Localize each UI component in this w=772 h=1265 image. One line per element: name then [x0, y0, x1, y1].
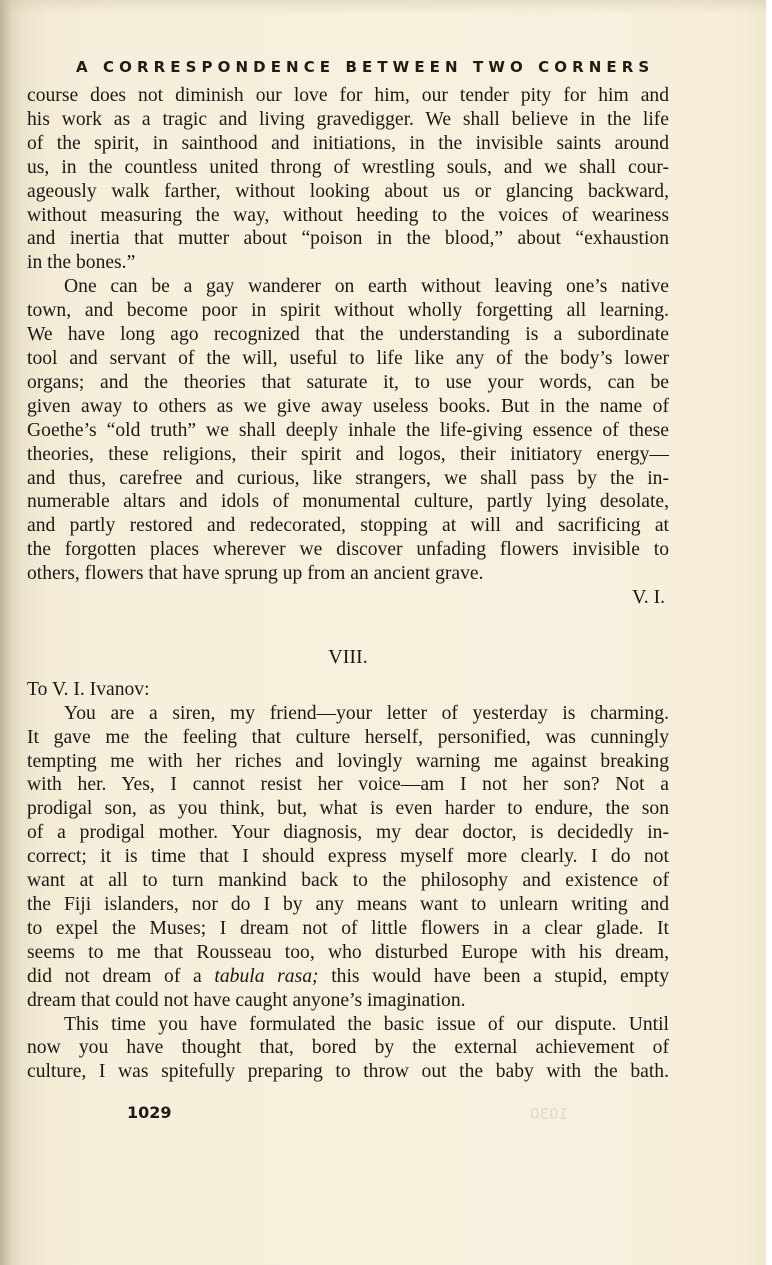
- text-line: correct; it is time that I should expres…: [27, 845, 669, 869]
- italic-phrase: tabula rasa;: [214, 966, 318, 987]
- text-line: with her. Yes, I cannot resist her voice…: [27, 773, 669, 797]
- text-line: culture, I was spitefully preparing to t…: [27, 1060, 669, 1084]
- text-line: without measuring the way, without heedi…: [27, 204, 669, 228]
- text-line: and partly restored and redecorated, sto…: [27, 514, 669, 538]
- book-page: A CORRESPONDENCE BETWEEN TWO CORNERS cou…: [0, 0, 766, 1265]
- page-number: 1029: [127, 1103, 172, 1122]
- paragraph-3: You are a siren, my friend—your letter o…: [27, 702, 669, 1013]
- text-line: others, flowers that have sprung up from…: [27, 562, 669, 586]
- section-number: VIII.: [27, 646, 669, 670]
- text-line: dream that could not have caught anyone’…: [27, 989, 669, 1013]
- text-run: did not dream of a: [27, 966, 214, 987]
- text-line: town, and become poor in spirit without …: [27, 299, 669, 323]
- text-line: given away to others as we give away use…: [27, 395, 669, 419]
- text-line: Goethe’s “old truth” we shall deeply inh…: [27, 419, 669, 443]
- text-line: to expel the Muses; I dream not of littl…: [27, 917, 669, 941]
- text-line: ageously walk farther, without looking a…: [27, 180, 669, 204]
- text-line: of a prodigal mother. Your diagnosis, my…: [27, 821, 669, 845]
- text-line: and inertia that mutter about “poison in…: [27, 227, 669, 251]
- text-line: the Fiji islanders, nor do I by any mean…: [27, 893, 669, 917]
- letter-signature: V. I.: [27, 586, 669, 610]
- text-line: This time you have formulated the basic …: [27, 1013, 669, 1037]
- text-line: and thus, carefree and curious, like str…: [27, 467, 669, 491]
- paragraph-1: course does not diminish our love for hi…: [27, 84, 669, 275]
- text-line: One can be a gay wanderer on earth witho…: [27, 275, 669, 299]
- text-line: numerable altars and idols of monumental…: [27, 490, 669, 514]
- paragraph-2: One can be a gay wanderer on earth witho…: [27, 275, 669, 586]
- text-line: seems to me that Rousseau too, who distu…: [27, 941, 669, 965]
- text-line: organs; and the theories that saturate i…: [27, 371, 669, 395]
- text-line: tempting me with her riches and lovingly…: [27, 750, 669, 774]
- text-line: in the bones.”: [27, 251, 669, 275]
- text-line: of the spirit, in sainthood and initiati…: [27, 132, 669, 156]
- text-line: theories, these religions, their spirit …: [27, 443, 669, 467]
- paragraph-4: This time you have formulated the basic …: [27, 1013, 669, 1085]
- text-line: us, in the countless united throng of wr…: [27, 156, 669, 180]
- text-line: We have long ago recognized that the und…: [27, 323, 669, 347]
- text-line: It gave me the feeling that culture hers…: [27, 726, 669, 750]
- salutation: To V. I. Ivanov:: [27, 678, 669, 702]
- text-line: now you have thought that, bored by the …: [27, 1036, 669, 1060]
- text-line-with-italic: did not dream of a tabula rasa; this wou…: [27, 965, 669, 989]
- running-head: A CORRESPONDENCE BETWEEN TWO CORNERS: [76, 58, 660, 76]
- text-line: You are a siren, my friend—your letter o…: [27, 702, 669, 726]
- text-line: tool and servant of the will, useful to …: [27, 347, 669, 371]
- bleed-through-page-number: 1030: [530, 1105, 568, 1123]
- text-line: prodigal son, as you think, but, what is…: [27, 797, 669, 821]
- text-line: his work as a tragic and living gravedig…: [27, 108, 669, 132]
- text-line: want at all to turn mankind back to the …: [27, 869, 669, 893]
- text-run: this would have been a stupid, empty: [319, 966, 669, 987]
- body-text: course does not diminish our love for hi…: [27, 84, 669, 1084]
- text-line: course does not diminish our love for hi…: [27, 84, 669, 108]
- text-line: the forgotten places wherever we discove…: [27, 538, 669, 562]
